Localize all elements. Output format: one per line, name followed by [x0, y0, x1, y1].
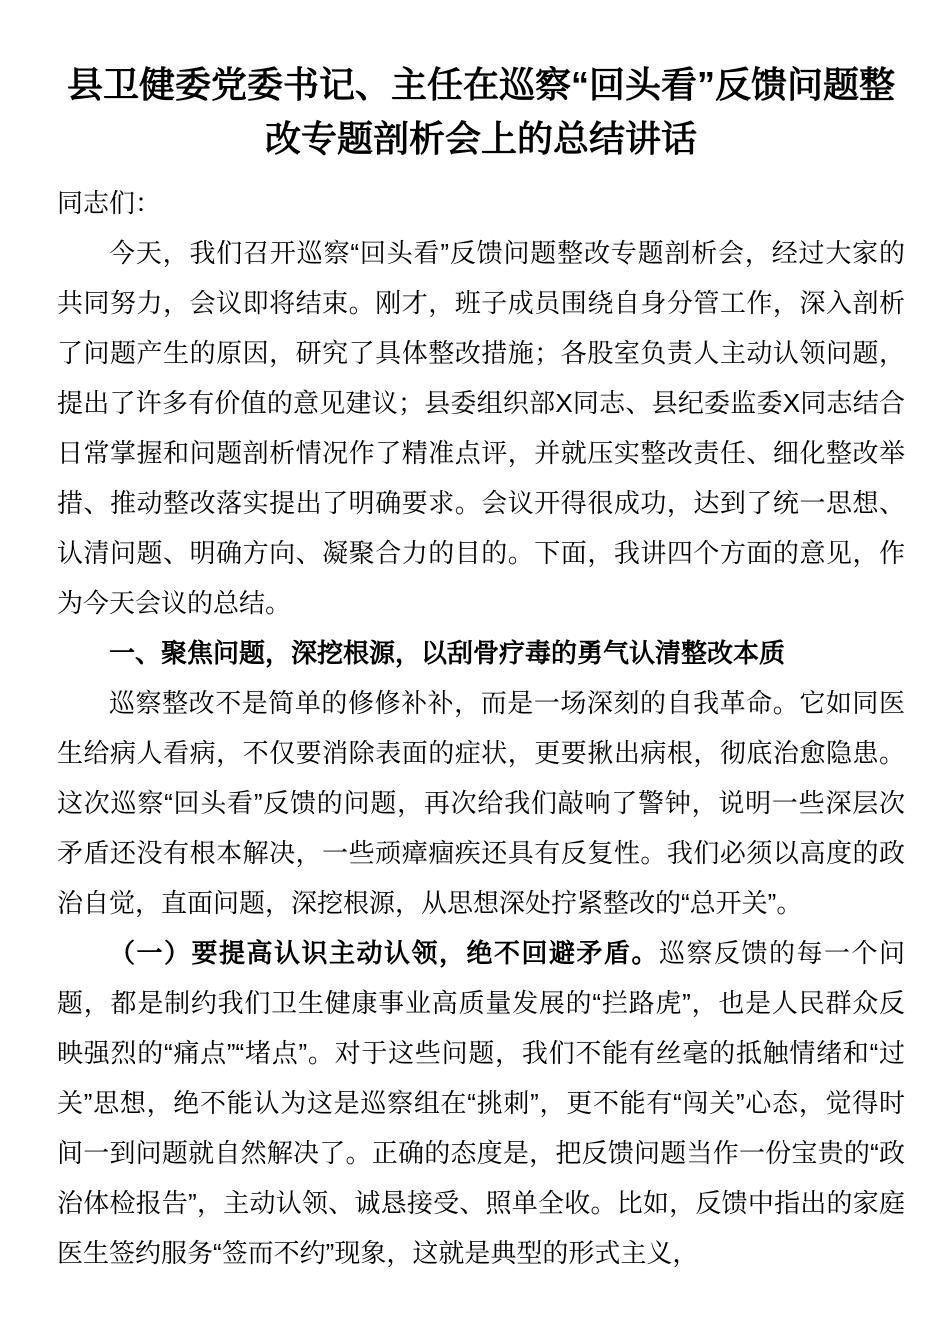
- document-title: 县卫健委党委书记、主任在巡察“回头看”反馈问题整改专题剖析会上的总结讲话: [57, 58, 905, 166]
- paragraph: （一）要提高认识主动认领，绝不回避矛盾。巡察反馈的每一个问题，都是制约我们卫生健…: [57, 928, 905, 1278]
- document-page: 县卫健委党委书记、主任在巡察“回头看”反馈问题整改专题剖析会上的总结讲话 同志们…: [0, 0, 950, 1344]
- paragraph-text: 巡察反馈的每一个问题，都是制约我们卫生健康事业高质量发展的“拦路虎”，也是人民群…: [57, 938, 905, 1268]
- salutation: 同志们：: [57, 178, 905, 228]
- paragraph: 巡察整改不是简单的修修补补，而是一场深刻的自我革命。它如同医生给病人看病，不仅要…: [57, 678, 905, 928]
- paragraph: 今天，我们召开巡察“回头看”反馈问题整改专题剖析会，经过大家的共同努力，会议即将…: [57, 228, 905, 628]
- paragraph-bold-lead: （一）要提高认识主动认领，绝不回避矛盾。: [109, 938, 659, 968]
- document-body: 同志们： 今天，我们召开巡察“回头看”反馈问题整改专题剖析会，经过大家的共同努力…: [57, 178, 905, 1278]
- section-heading: 一、聚焦问题，深挖根源，以刮骨疗毒的勇气认清整改本质: [57, 628, 905, 678]
